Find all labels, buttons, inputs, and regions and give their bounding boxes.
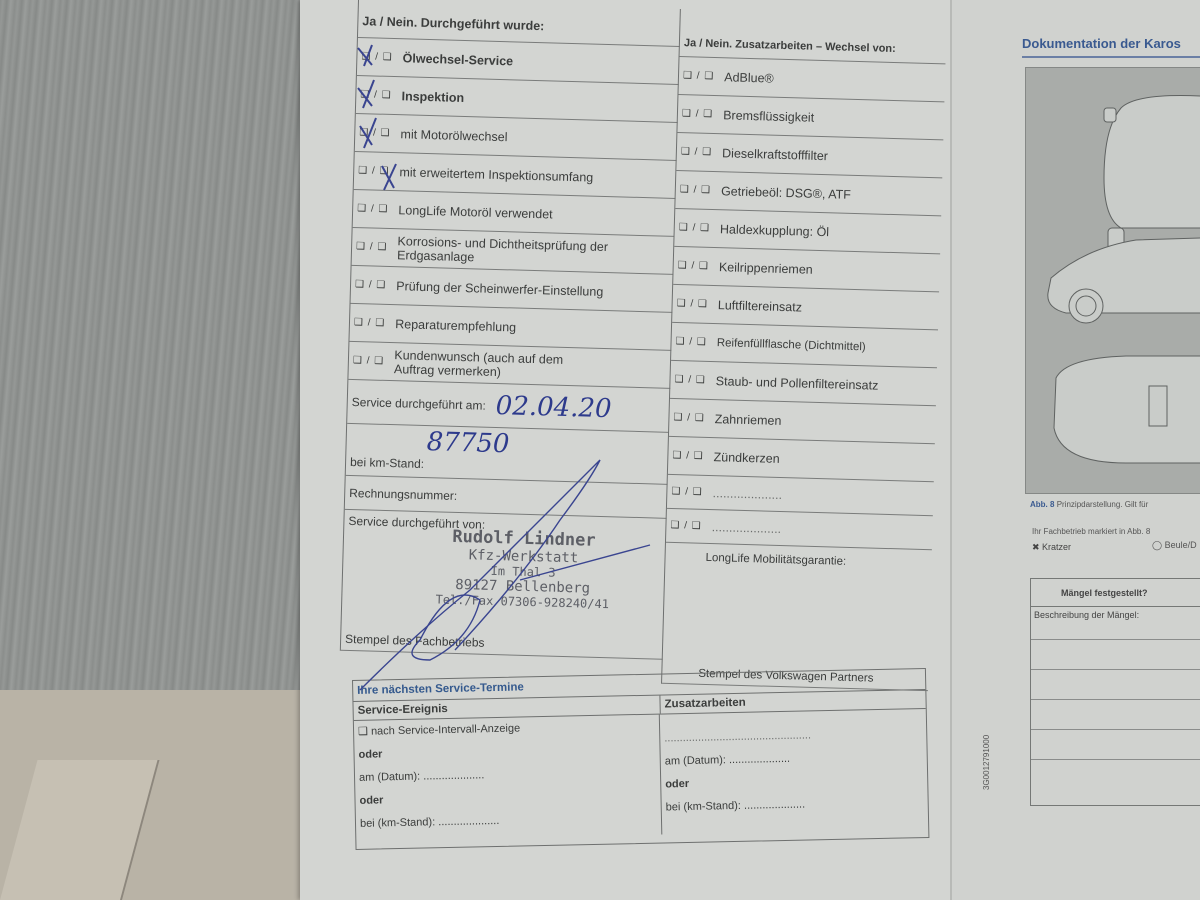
extras-header: Ja / Nein. Zusatzarbeiten – Wechsel von: — [680, 9, 947, 64]
checkbox-pair[interactable]: ❑ / ❑ — [356, 241, 388, 253]
interval-checkbox[interactable]: ❑ nach Service-Intervall-Anzeige — [358, 719, 655, 738]
body-documentation-title: Dokumentation der Karos — [1022, 36, 1181, 51]
next-km-field[interactable]: bei (km-Stand): .................... — [360, 812, 657, 830]
figure-caption: Abb. 8 Prinzipdarstellung. Gilt für — [1030, 500, 1148, 509]
checkbox-pair[interactable]: ❑ / ❑ — [357, 203, 389, 215]
checkbox-pair[interactable]: ❑ / ❑ — [359, 127, 391, 139]
legend-scratch: ✖ Kratzer — [1032, 542, 1071, 553]
checkbox-pair[interactable]: ❑ / ❑ — [361, 51, 393, 63]
defect-line[interactable] — [1031, 670, 1200, 700]
service-event-column: ❑ nach Service-Intervall-Anzeige oder am… — [354, 715, 662, 841]
checkbox-pair[interactable]: ❑ / ❑ — [354, 317, 386, 329]
defects-header: Mängel festgestellt? — [1031, 579, 1200, 607]
extra-date-field[interactable]: am (Datum): .................... — [665, 750, 923, 767]
workshop-stamp: Rudolf Lindner Kfz-Werkstatt Im Thal 3 8… — [422, 526, 624, 612]
performed-by-box: Service durchgeführt von: Rudolf Lindner… — [341, 510, 667, 660]
extra-work-header: Zusatzarbeiten — [660, 694, 750, 714]
extra-work-column: ........................................… — [660, 709, 928, 835]
next-date-field[interactable]: am (Datum): .................... — [359, 766, 656, 784]
km-value[interactable]: 87750 — [426, 427, 510, 459]
defect-line[interactable] — [1031, 730, 1200, 760]
performed-services-column: Ja / Nein. Durchgeführt wurde: ❑ / ❑Ölwe… — [340, 0, 681, 660]
car-outline-icon — [1026, 68, 1200, 493]
checkbox-pair[interactable]: ❑ / ❑ — [358, 165, 390, 177]
extra-km-field[interactable]: bei (km-Stand): .................... — [666, 796, 924, 813]
extra-work-field[interactable]: ........................................… — [664, 727, 922, 744]
legend-dent: ◯ Beule/D — [1152, 540, 1197, 551]
document-code: 3G0012791000 — [982, 735, 991, 790]
defects-description-label: Beschreibung der Mängel: — [1031, 607, 1200, 623]
defect-line[interactable] — [1031, 623, 1200, 640]
defect-line[interactable] — [1031, 640, 1200, 670]
defects-table: Mängel festgestellt? Beschreibung der Mä… — [1030, 578, 1200, 806]
service-date-value[interactable]: 02.04.20 — [495, 391, 612, 424]
defect-line[interactable] — [1031, 700, 1200, 730]
extras-column: Ja / Nein. Zusatzarbeiten – Wechsel von:… — [661, 9, 947, 691]
checkbox-pair[interactable]: ❑ / ❑ — [360, 89, 392, 101]
car-diagram — [1025, 67, 1200, 494]
checkbox-pair[interactable]: ❑ / ❑ — [355, 279, 387, 291]
marking-instruction: Ihr Fachbetrieb markiert in Abb. 8 — [1032, 527, 1150, 536]
km-row[interactable]: bei km-Stand:87750 — [346, 424, 669, 485]
next-service-appointments: Ihre nächsten Service-Termine Service-Er… — [352, 668, 929, 850]
title-underline — [1022, 56, 1200, 58]
checkbox-pair[interactable]: ❑ / ❑ — [353, 355, 385, 367]
